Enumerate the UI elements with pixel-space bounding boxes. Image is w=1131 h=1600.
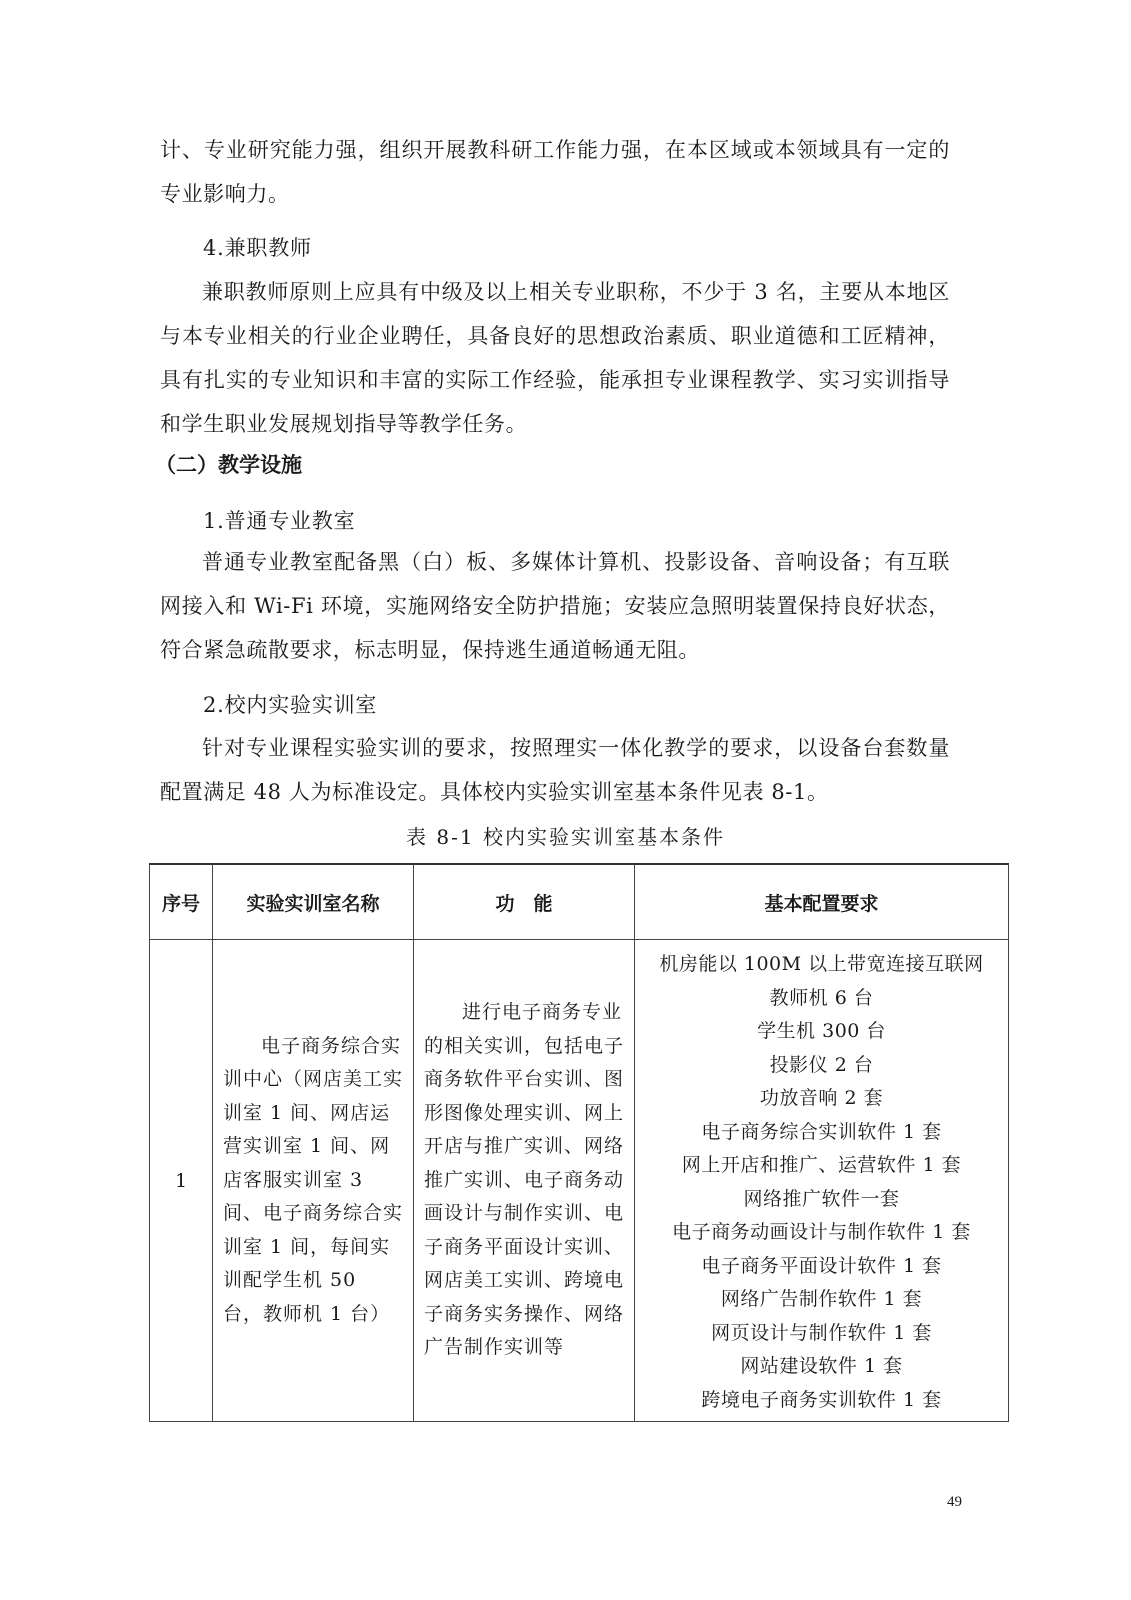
table-header-row: 序号 实验实训室名称 功 能 基本配置要求 (150, 864, 1009, 940)
heading-lab: 2.校内实验实训室 (203, 690, 377, 720)
config-item: 投影仪 2 台 (635, 1049, 1008, 1083)
config-item: 网络推广软件一套 (635, 1183, 1008, 1217)
config-item: 跨境电子商务实训软件 1 套 (635, 1384, 1008, 1418)
config-item: 电子商务动画设计与制作软件 1 套 (635, 1216, 1008, 1250)
table-row: 1 电子商务综合实训中心（网店美工实训室 1 间、网店运营实训室 1 间、网店客… (150, 940, 1009, 1422)
lab-name-text: 电子商务综合实训中心（网店美工实训室 1 间、网店运营实训室 1 间、网店客服实… (213, 1030, 413, 1332)
paragraph-continuation: 计、专业研究能力强，组织开展教科研工作能力强，在本区域或本领域具有一定的专业影响… (160, 128, 950, 216)
config-list: 机房能以 100M 以上带宽连接互联网 教师机 6 台 学生机 300 台 投影… (635, 940, 1008, 1421)
config-item: 教师机 6 台 (635, 982, 1008, 1016)
heading-teaching-facilities: （二）教学设施 (155, 450, 302, 480)
config-item: 功放音响 2 套 (635, 1082, 1008, 1116)
table-caption: 表 8-1 校内实验实训室基本条件 (0, 821, 1131, 850)
document-page: 计、专业研究能力强，组织开展教科研工作能力强，在本区域或本领域具有一定的专业影响… (0, 0, 1131, 1600)
page-number: 49 (947, 1494, 962, 1511)
config-item: 学生机 300 台 (635, 1015, 1008, 1049)
config-item: 网络广告制作软件 1 套 (635, 1283, 1008, 1317)
lab-conditions-table: 序号 实验实训室名称 功 能 基本配置要求 1 电子商务综合实训中心（网店美工实… (149, 863, 1009, 1422)
cell-name: 电子商务综合实训中心（网店美工实训室 1 间、网店运营实训室 1 间、网店客服实… (213, 940, 414, 1422)
config-item: 网页设计与制作软件 1 套 (635, 1317, 1008, 1351)
cell-config: 机房能以 100M 以上带宽连接互联网 教师机 6 台 学生机 300 台 投影… (635, 940, 1009, 1422)
config-item: 网上开店和推广、运营软件 1 套 (635, 1149, 1008, 1183)
lab-function-text: 进行电子商务专业的相关实训，包括电子商务软件平台实训、图形图像处理实训、网上开店… (414, 996, 634, 1365)
cell-no: 1 (150, 940, 213, 1422)
paragraph-part-time-teachers: 兼职教师原则上应具有中级及以上相关专业职称，不少于 3 名，主要从本地区与本专业… (160, 270, 950, 446)
cell-function: 进行电子商务专业的相关实训，包括电子商务软件平台实训、图形图像处理实训、网上开店… (414, 940, 635, 1422)
paragraph-classroom: 普通专业教室配备黑（白）板、多媒体计算机、投影设备、音响设备；有互联网接入和 W… (160, 540, 950, 672)
config-item: 网站建设软件 1 套 (635, 1350, 1008, 1384)
header-config: 基本配置要求 (635, 864, 1009, 940)
heading-part-time-teachers: 4.兼职教师 (203, 233, 312, 263)
header-no: 序号 (150, 864, 213, 940)
header-name: 实验实训室名称 (213, 864, 414, 940)
header-function: 功 能 (414, 864, 635, 940)
config-item: 电子商务平面设计软件 1 套 (635, 1250, 1008, 1284)
heading-classroom: 1.普通专业教室 (203, 506, 355, 536)
config-item: 电子商务综合实训软件 1 套 (635, 1116, 1008, 1150)
config-item: 机房能以 100M 以上带宽连接互联网 (635, 948, 1008, 982)
paragraph-lab: 针对专业课程实验实训的要求，按照理实一体化教学的要求，以设备台套数量配置满足 4… (160, 726, 950, 814)
